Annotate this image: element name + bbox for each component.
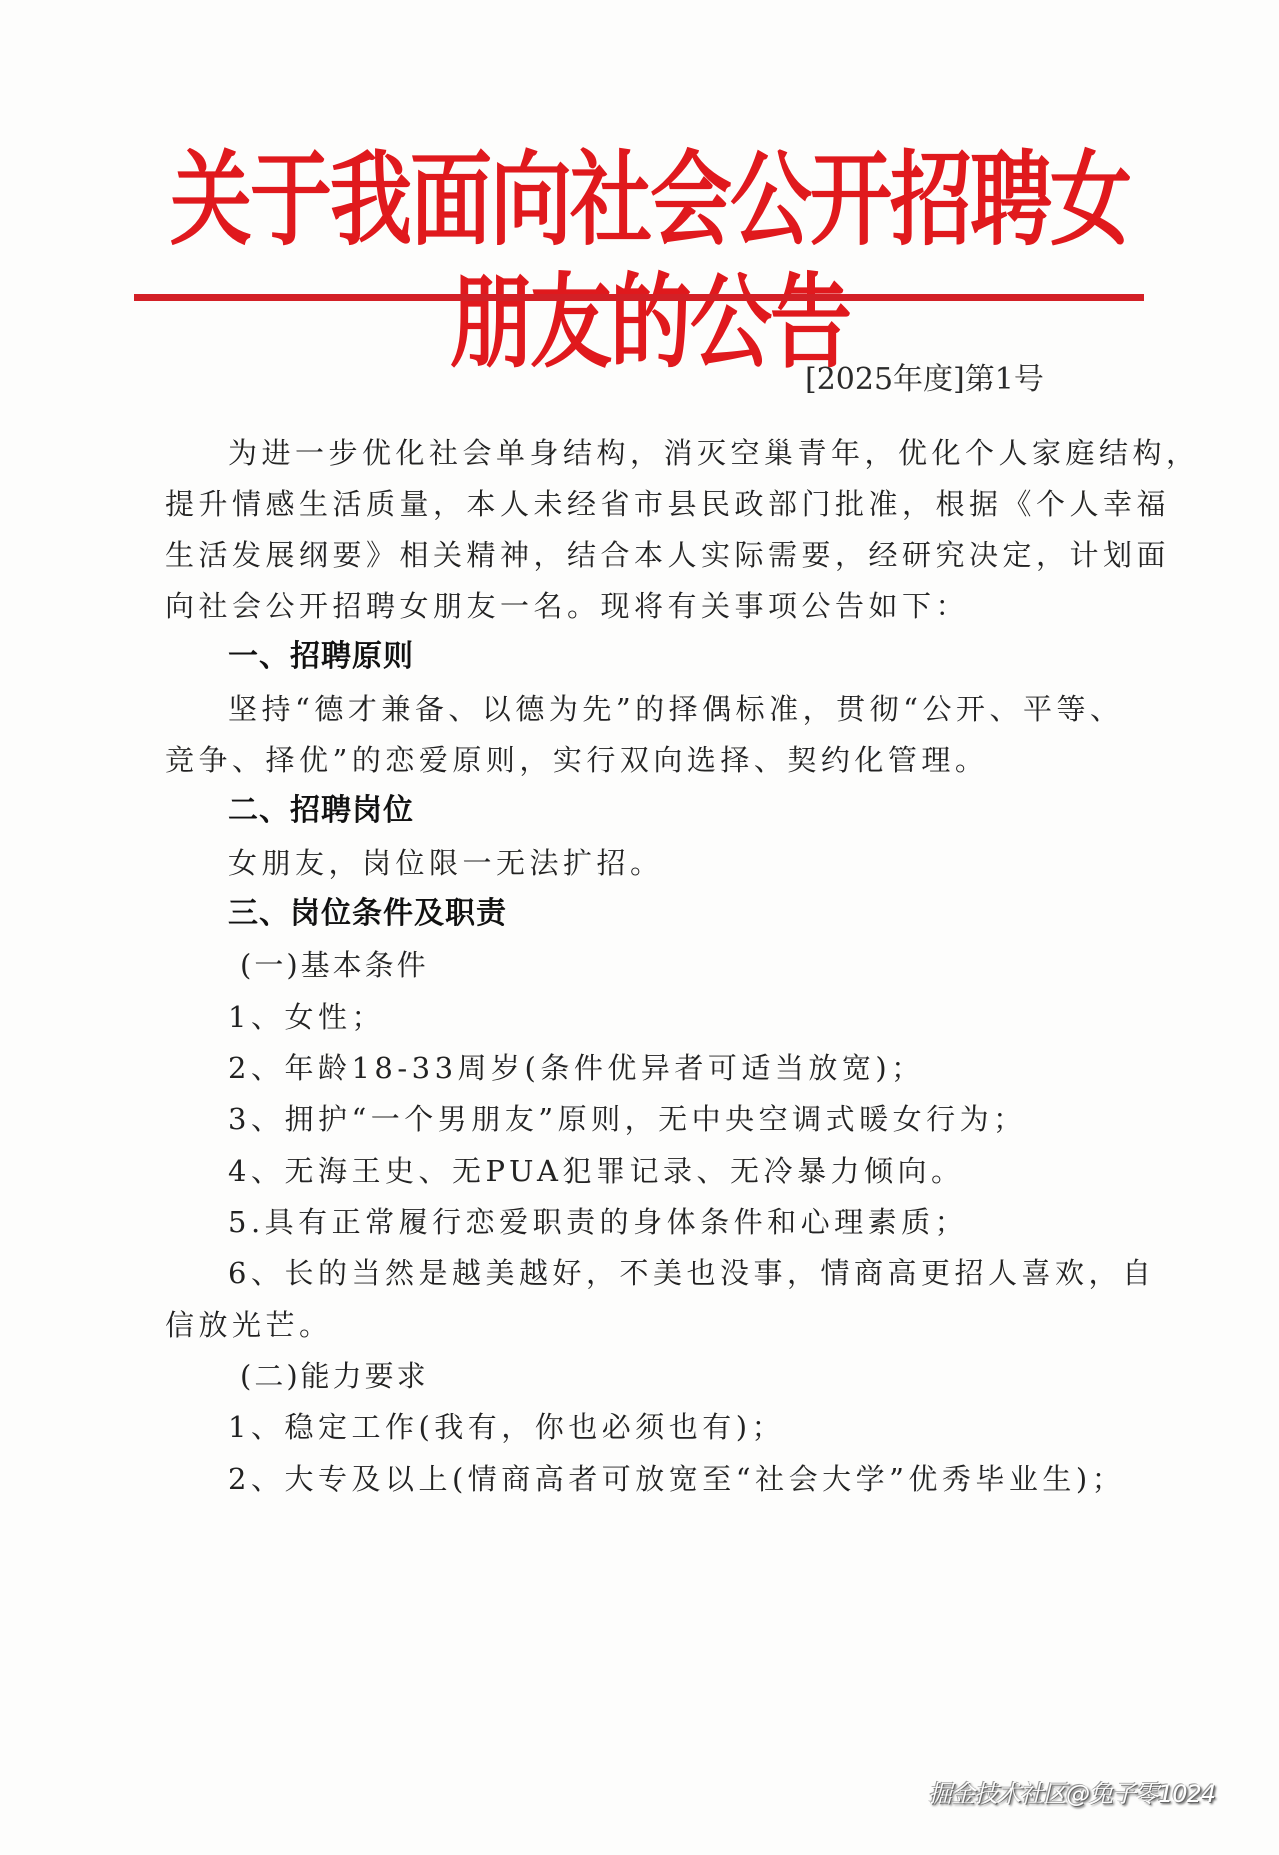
body-line: 坚持“德才兼备、以德为先”的择偶标准，贯彻“公开、平等、: [228, 689, 1123, 729]
body-line: 女朋友，岗位限一无法扩招。: [228, 843, 664, 883]
list-item: 5.具有正常履行恋爱职责的身体条件和心理素质；: [228, 1202, 968, 1242]
list-item: 1、女性；: [228, 997, 385, 1037]
document-title: 关于我面向社会公开招聘女朋友的公告: [150, 140, 1150, 386]
subsection-heading: (二)能力要求: [240, 1356, 429, 1396]
red-header-rule: [134, 294, 1144, 301]
list-item: 3、拥护“一个男朋友”原则，无中央空调式暖女行为；: [228, 1099, 1027, 1139]
body-line: 竞争、择优”的恋爱原则，实行双向选择、契约化管理。: [165, 740, 988, 780]
list-item-continuation: 信放光芒。: [165, 1305, 333, 1345]
list-item: 1、稳定工作(我有，你也必须也有)；: [228, 1407, 785, 1447]
intro-line: 向社会公开招聘女朋友一名。现将有关事项公告如下：: [165, 586, 969, 626]
section-heading: 二、招聘岗位: [228, 791, 414, 831]
list-item: 6、长的当然是越美越好，不美也没事，情商高更招人喜欢，自: [228, 1253, 1155, 1293]
section-heading: 三、岗位条件及职责: [228, 894, 507, 934]
section-heading: 一、招聘原则: [228, 637, 414, 677]
subsection-heading: (一)基本条件: [240, 945, 429, 985]
list-item: 2、大专及以上(情商高者可放宽至“社会大学”优秀毕业生)；: [228, 1459, 1125, 1499]
list-item: 4、无海王史、无PUA犯罪记录、无冷暴力倾向。: [228, 1151, 964, 1191]
list-item: 2、年龄18-33周岁(条件优异者可适当放宽)；: [228, 1048, 925, 1088]
intro-line: 为进一步优化社会单身结构，消灭空巢青年，优化个人家庭结构，: [228, 433, 1200, 473]
watermark: 掘金技术社区@兔子零1024: [928, 1774, 1215, 1809]
intro-line: 生活发展纲要》相关精神，结合本人实际需要，经研究决定，计划面: [165, 535, 1170, 575]
intro-line: 提升情感生活质量，本人未经省市县民政部门批准，根据《个人幸福: [165, 484, 1170, 524]
document-number: [2025年度]第1号: [805, 360, 1044, 400]
